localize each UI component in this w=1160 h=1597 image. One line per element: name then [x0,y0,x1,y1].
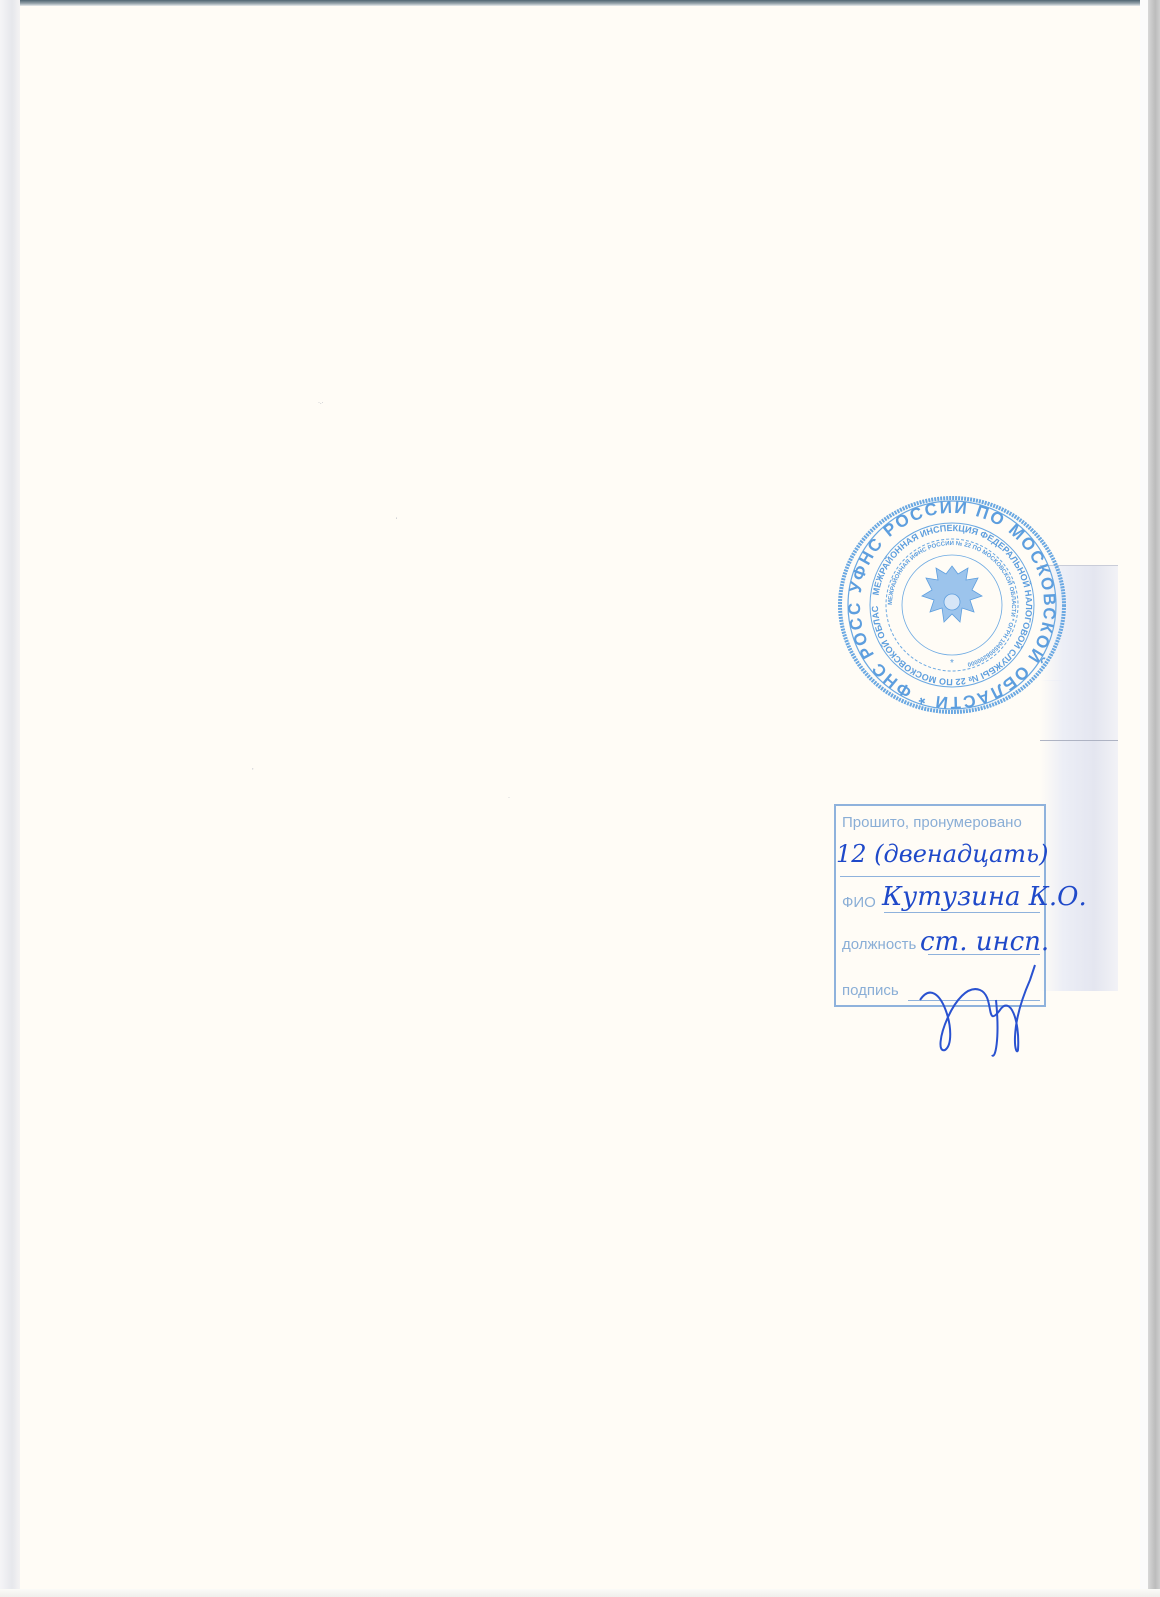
svg-text:*: * [950,658,954,669]
signature-icon [900,960,1070,1060]
cert-heading: Прошито, пронумеровано [842,814,1022,831]
scan-bottom-edge [0,1589,1160,1597]
handwritten-fio: Кутузина К.О. [882,882,1087,912]
official-seal: УФНС РОССИИ ПО МОСКОВСКОЙ ОБЛАСТИ * ФНС … [836,494,1068,716]
scan-right-edge [1148,0,1160,1597]
position-label: должность [842,936,916,953]
binding-tape [1040,740,1118,991]
fio-label: ФИО [842,894,876,911]
scan-top-edge [0,0,1160,6]
scan-left-edge [0,0,20,1597]
eagle-emblem-icon [922,566,982,622]
handwritten-position: ст. инсп. [920,927,1049,957]
page-right-margin [1140,0,1148,1597]
signature-label: подпись [842,982,899,999]
seal-icon: УФНС РОССИИ ПО МОСКОВСКОЙ ОБЛАСТИ * ФНС … [836,494,1068,716]
handwritten-page-count: 12 (двенадцать) [836,840,1048,868]
